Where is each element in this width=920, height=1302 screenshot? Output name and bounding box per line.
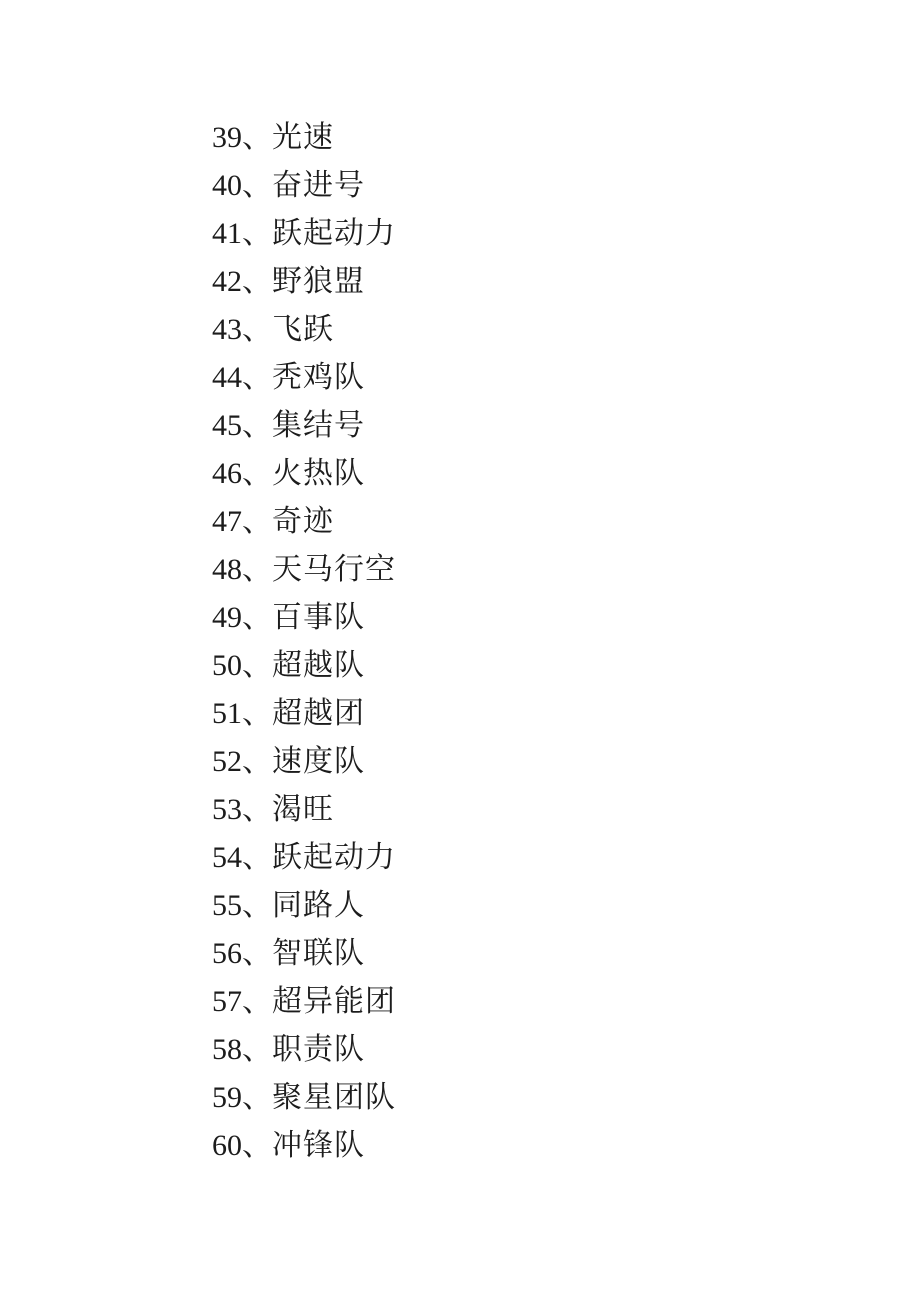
item-number: 40 [212, 169, 242, 202]
list-item: 57、超异能团 [212, 978, 396, 1026]
list-item: 59、聚星团队 [212, 1074, 396, 1122]
item-name: 火热队 [272, 457, 365, 490]
item-name: 职责队 [272, 1033, 365, 1066]
enumeration-comma: 、 [242, 409, 272, 442]
enumeration-comma: 、 [242, 217, 272, 250]
enumeration-comma: 、 [242, 1081, 272, 1114]
list-item: 49、百事队 [212, 594, 396, 642]
enumeration-comma: 、 [242, 313, 272, 346]
item-number: 58 [212, 1033, 242, 1066]
list-item: 42、野狼盟 [212, 258, 396, 306]
item-number: 39 [212, 121, 242, 154]
list-item: 53、渴旺 [212, 786, 396, 834]
list-item: 47、奇迹 [212, 498, 396, 546]
item-name: 跃起动力 [272, 841, 396, 874]
item-name: 速度队 [272, 745, 365, 778]
item-number: 50 [212, 649, 242, 682]
team-name-list: 39、光速 40、奋进号 41、跃起动力 42、野狼盟 43、飞跃 44、秃鸡队… [212, 114, 396, 1170]
enumeration-comma: 、 [242, 457, 272, 490]
list-item: 51、超越团 [212, 690, 396, 738]
item-number: 49 [212, 601, 242, 634]
enumeration-comma: 、 [242, 889, 272, 922]
enumeration-comma: 、 [242, 553, 272, 586]
item-name: 跃起动力 [272, 217, 396, 250]
item-name: 超异能团 [272, 985, 396, 1018]
list-item: 39、光速 [212, 114, 396, 162]
item-name: 奋进号 [272, 169, 365, 202]
enumeration-comma: 、 [242, 1129, 272, 1162]
list-item: 43、飞跃 [212, 306, 396, 354]
enumeration-comma: 、 [242, 265, 272, 298]
enumeration-comma: 、 [242, 121, 272, 154]
item-name: 超越团 [272, 697, 365, 730]
list-item: 50、超越队 [212, 642, 396, 690]
list-item: 44、秃鸡队 [212, 354, 396, 402]
item-number: 47 [212, 505, 242, 538]
item-number: 51 [212, 697, 242, 730]
list-item: 58、职责队 [212, 1026, 396, 1074]
item-number: 43 [212, 313, 242, 346]
list-item: 55、同路人 [212, 882, 396, 930]
item-name: 智联队 [272, 937, 365, 970]
item-name: 奇迹 [272, 505, 334, 538]
item-name: 光速 [272, 121, 334, 154]
item-name: 秃鸡队 [272, 361, 365, 394]
list-item: 48、天马行空 [212, 546, 396, 594]
item-number: 56 [212, 937, 242, 970]
enumeration-comma: 、 [242, 697, 272, 730]
enumeration-comma: 、 [242, 1033, 272, 1066]
enumeration-comma: 、 [242, 169, 272, 202]
list-item: 45、集结号 [212, 402, 396, 450]
item-number: 48 [212, 553, 242, 586]
list-item: 54、跃起动力 [212, 834, 396, 882]
item-number: 52 [212, 745, 242, 778]
list-item: 41、跃起动力 [212, 210, 396, 258]
item-name: 野狼盟 [272, 265, 365, 298]
item-number: 60 [212, 1129, 242, 1162]
list-item: 56、智联队 [212, 930, 396, 978]
enumeration-comma: 、 [242, 361, 272, 394]
list-item: 52、速度队 [212, 738, 396, 786]
item-name: 渴旺 [272, 793, 334, 826]
item-name: 百事队 [272, 601, 365, 634]
item-number: 54 [212, 841, 242, 874]
item-number: 57 [212, 985, 242, 1018]
item-number: 55 [212, 889, 242, 922]
list-item: 46、火热队 [212, 450, 396, 498]
item-name: 天马行空 [272, 553, 396, 586]
item-name: 超越队 [272, 649, 365, 682]
enumeration-comma: 、 [242, 601, 272, 634]
enumeration-comma: 、 [242, 937, 272, 970]
item-number: 59 [212, 1081, 242, 1114]
item-number: 53 [212, 793, 242, 826]
item-name: 同路人 [272, 889, 365, 922]
item-number: 45 [212, 409, 242, 442]
enumeration-comma: 、 [242, 649, 272, 682]
item-number: 41 [212, 217, 242, 250]
item-number: 46 [212, 457, 242, 490]
item-number: 42 [212, 265, 242, 298]
item-name: 聚星团队 [272, 1081, 396, 1114]
enumeration-comma: 、 [242, 505, 272, 538]
item-name: 冲锋队 [272, 1129, 365, 1162]
enumeration-comma: 、 [242, 745, 272, 778]
list-item: 60、冲锋队 [212, 1122, 396, 1170]
item-name: 集结号 [272, 409, 365, 442]
list-item: 40、奋进号 [212, 162, 396, 210]
enumeration-comma: 、 [242, 793, 272, 826]
document-page: 39、光速 40、奋进号 41、跃起动力 42、野狼盟 43、飞跃 44、秃鸡队… [0, 0, 920, 1302]
item-name: 飞跃 [272, 313, 334, 346]
enumeration-comma: 、 [242, 841, 272, 874]
enumeration-comma: 、 [242, 985, 272, 1018]
item-number: 44 [212, 361, 242, 394]
